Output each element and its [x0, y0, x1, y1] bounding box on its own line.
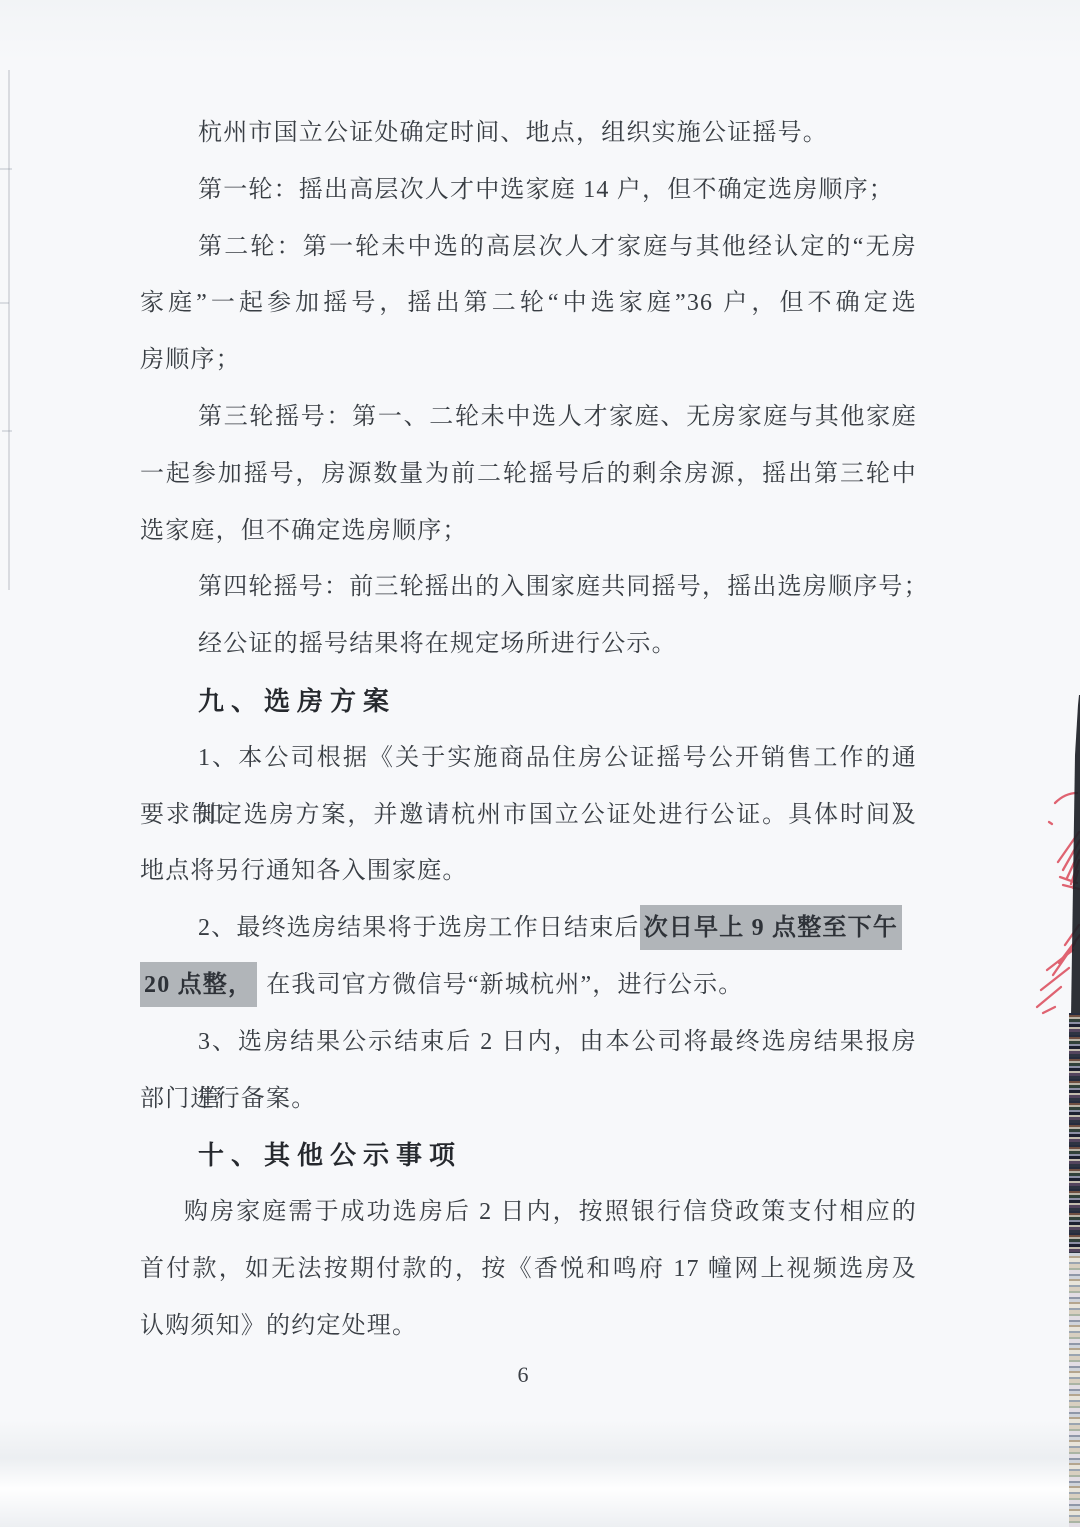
- scan-edge-noise-artifact: [1069, 1253, 1080, 1527]
- text-line: 房顺序；: [140, 332, 917, 389]
- left-scan-line-artifact: [8, 70, 10, 590]
- page-number: 6: [0, 1362, 1046, 1388]
- section-heading-10: 十、其他公示事项: [140, 1127, 917, 1184]
- red-pen-marks-artifact: [1035, 785, 1080, 1020]
- highlighted-text: 次日早上 9 点整至下午: [640, 905, 902, 950]
- text-segment: 2、最终选房结果将于选房工作日结束后: [198, 915, 640, 941]
- text-line: 2、最终选房结果将于选房工作日结束后次日早上 9 点整至下午: [140, 900, 917, 957]
- text-line: 购房家庭需于成功选房后 2 日内，按照银行信贷政策支付相应的: [140, 1184, 917, 1241]
- text-line: 家庭”一起参加摇号，摇出第二轮“中选家庭”36 户，但不确定选: [140, 275, 917, 332]
- text-line: 一起参加摇号，房源数量为前二轮摇号后的剩余房源，摇出第三轮中: [140, 446, 917, 503]
- text-line: 选家庭，但不确定选房顺序；: [140, 503, 917, 560]
- text-line: 20 点整，在我司官方微信号“新城杭州”，进行公示。: [140, 957, 917, 1014]
- highlighted-text: 20 点整，: [140, 962, 257, 1007]
- left-tick-artifact: [0, 302, 9, 304]
- left-tick-artifact: [2, 430, 12, 432]
- text-line: 地点将另行通知各入围家庭。: [140, 843, 917, 900]
- text-line: 经公证的摇号结果将在规定场所进行公示。: [140, 616, 917, 673]
- text-line: 1、本公司根据《关于实施商品住房公证摇号公开销售工作的通知》: [140, 730, 917, 787]
- text-line: 部门进行备案。: [140, 1071, 917, 1128]
- text-line: 要求制定选房方案，并邀请杭州市国立公证处进行公证。具体时间及: [140, 787, 917, 844]
- left-tick-artifact: [0, 168, 12, 170]
- section-heading-9: 九、选房方案: [140, 673, 917, 730]
- scan-edge-dark-artifact: [1066, 695, 1080, 1017]
- text-line: 第二轮：第一轮未中选的高层次人才家庭与其他经认定的“无房: [140, 219, 917, 276]
- text-line: 第三轮摇号：第一、二轮未中选人才家庭、无房家庭与其他家庭: [140, 389, 917, 446]
- scanned-document-page: { "page": { "number": "6", "highlight_co…: [0, 0, 1080, 1527]
- scan-edge-noise-artifact: [1069, 1013, 1080, 1253]
- text-line: 认购须知》的约定处理。: [140, 1298, 917, 1355]
- text-line: 首付款，如无法按期付款的，按《香悦和鸣府 17 幢网上视频选房及: [140, 1241, 917, 1298]
- text-segment: 在我司官方微信号“新城杭州”，进行公示。: [266, 972, 743, 998]
- text-line: 杭州市国立公证处确定时间、地点，组织实施公证摇号。: [140, 105, 917, 162]
- text-line: 第一轮：摇出高层次人才中选家庭 14 户，但不确定选房顺序；: [140, 162, 917, 219]
- text-line: 第四轮摇号：前三轮摇出的入围家庭共同摇号，摇出选房顺序号；: [140, 559, 917, 616]
- text-line: 3、选房结果公示结束后 2 日内，由本公司将最终选房结果报房管: [140, 1014, 917, 1071]
- document-body: 杭州市国立公证处确定时间、地点，组织实施公证摇号。 第一轮：摇出高层次人才中选家…: [140, 105, 917, 1355]
